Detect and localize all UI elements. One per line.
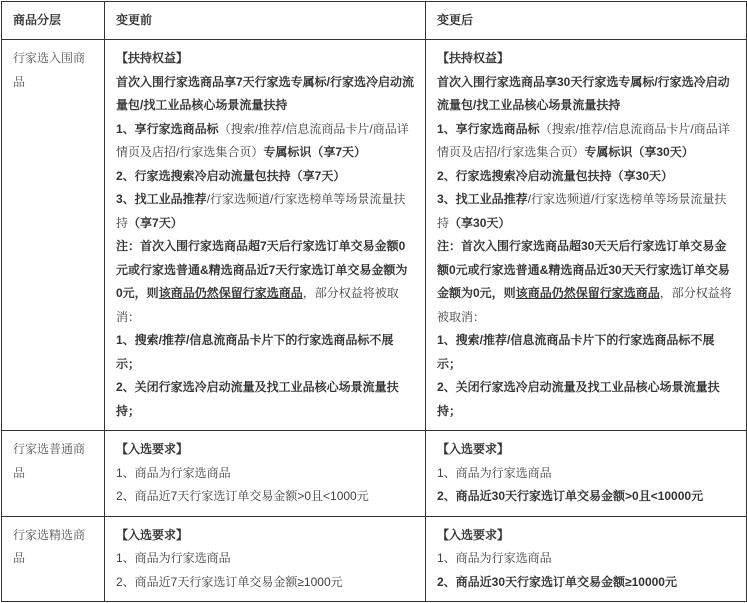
header-row: 商品分层 变更前 变更后 xyxy=(2,2,747,40)
tier-label-shortlisted: 行家选入围商品 xyxy=(2,40,105,431)
before-cell-normal: 【入选要求】1、商品为行家选商品2、商品近7天行家选订单交易金额>0且<1000… xyxy=(105,431,426,517)
table-row-selected: 行家选精选商品 【入选要求】1、商品为行家选商品2、商品近7天行家选订单交易金额… xyxy=(2,516,747,602)
after-cell-shortlisted: 【扶持权益】首次入围行家选商品享30天行家选专属标/行家选冷启动流量包/找工业品… xyxy=(426,40,747,431)
after-cell-normal: 【入选要求】1、商品为行家选商品2、商品近30天行家选订单交易金额>0且<100… xyxy=(426,431,747,517)
after-cell-selected: 【入选要求】1、商品为行家选商品2、商品近30天行家选订单交易金额≥10000元 xyxy=(426,516,747,602)
policy-change-table-wrapper: 商品分层 变更前 变更后 行家选入围商品 【扶持权益】首次入围行家选商品享7天行… xyxy=(0,0,747,603)
before-cell-selected: 【入选要求】1、商品为行家选商品2、商品近7天行家选订单交易金额≥1000元 xyxy=(105,516,426,602)
tier-label-selected: 行家选精选商品 xyxy=(2,516,105,602)
header-after-change: 变更后 xyxy=(426,2,747,40)
header-product-tier: 商品分层 xyxy=(2,2,105,40)
before-cell-shortlisted: 【扶持权益】首次入围行家选商品享7天行家选专属标/行家选冷启动流量包/找工业品核… xyxy=(105,40,426,431)
tier-label-normal: 行家选普通商品 xyxy=(2,431,105,517)
policy-change-table: 商品分层 变更前 变更后 行家选入围商品 【扶持权益】首次入围行家选商品享7天行… xyxy=(1,1,747,602)
table-row-shortlisted: 行家选入围商品 【扶持权益】首次入围行家选商品享7天行家选专属标/行家选冷启动流… xyxy=(2,40,747,431)
table-row-normal: 行家选普通商品 【入选要求】1、商品为行家选商品2、商品近7天行家选订单交易金额… xyxy=(2,431,747,517)
header-before-change: 变更前 xyxy=(105,2,426,40)
